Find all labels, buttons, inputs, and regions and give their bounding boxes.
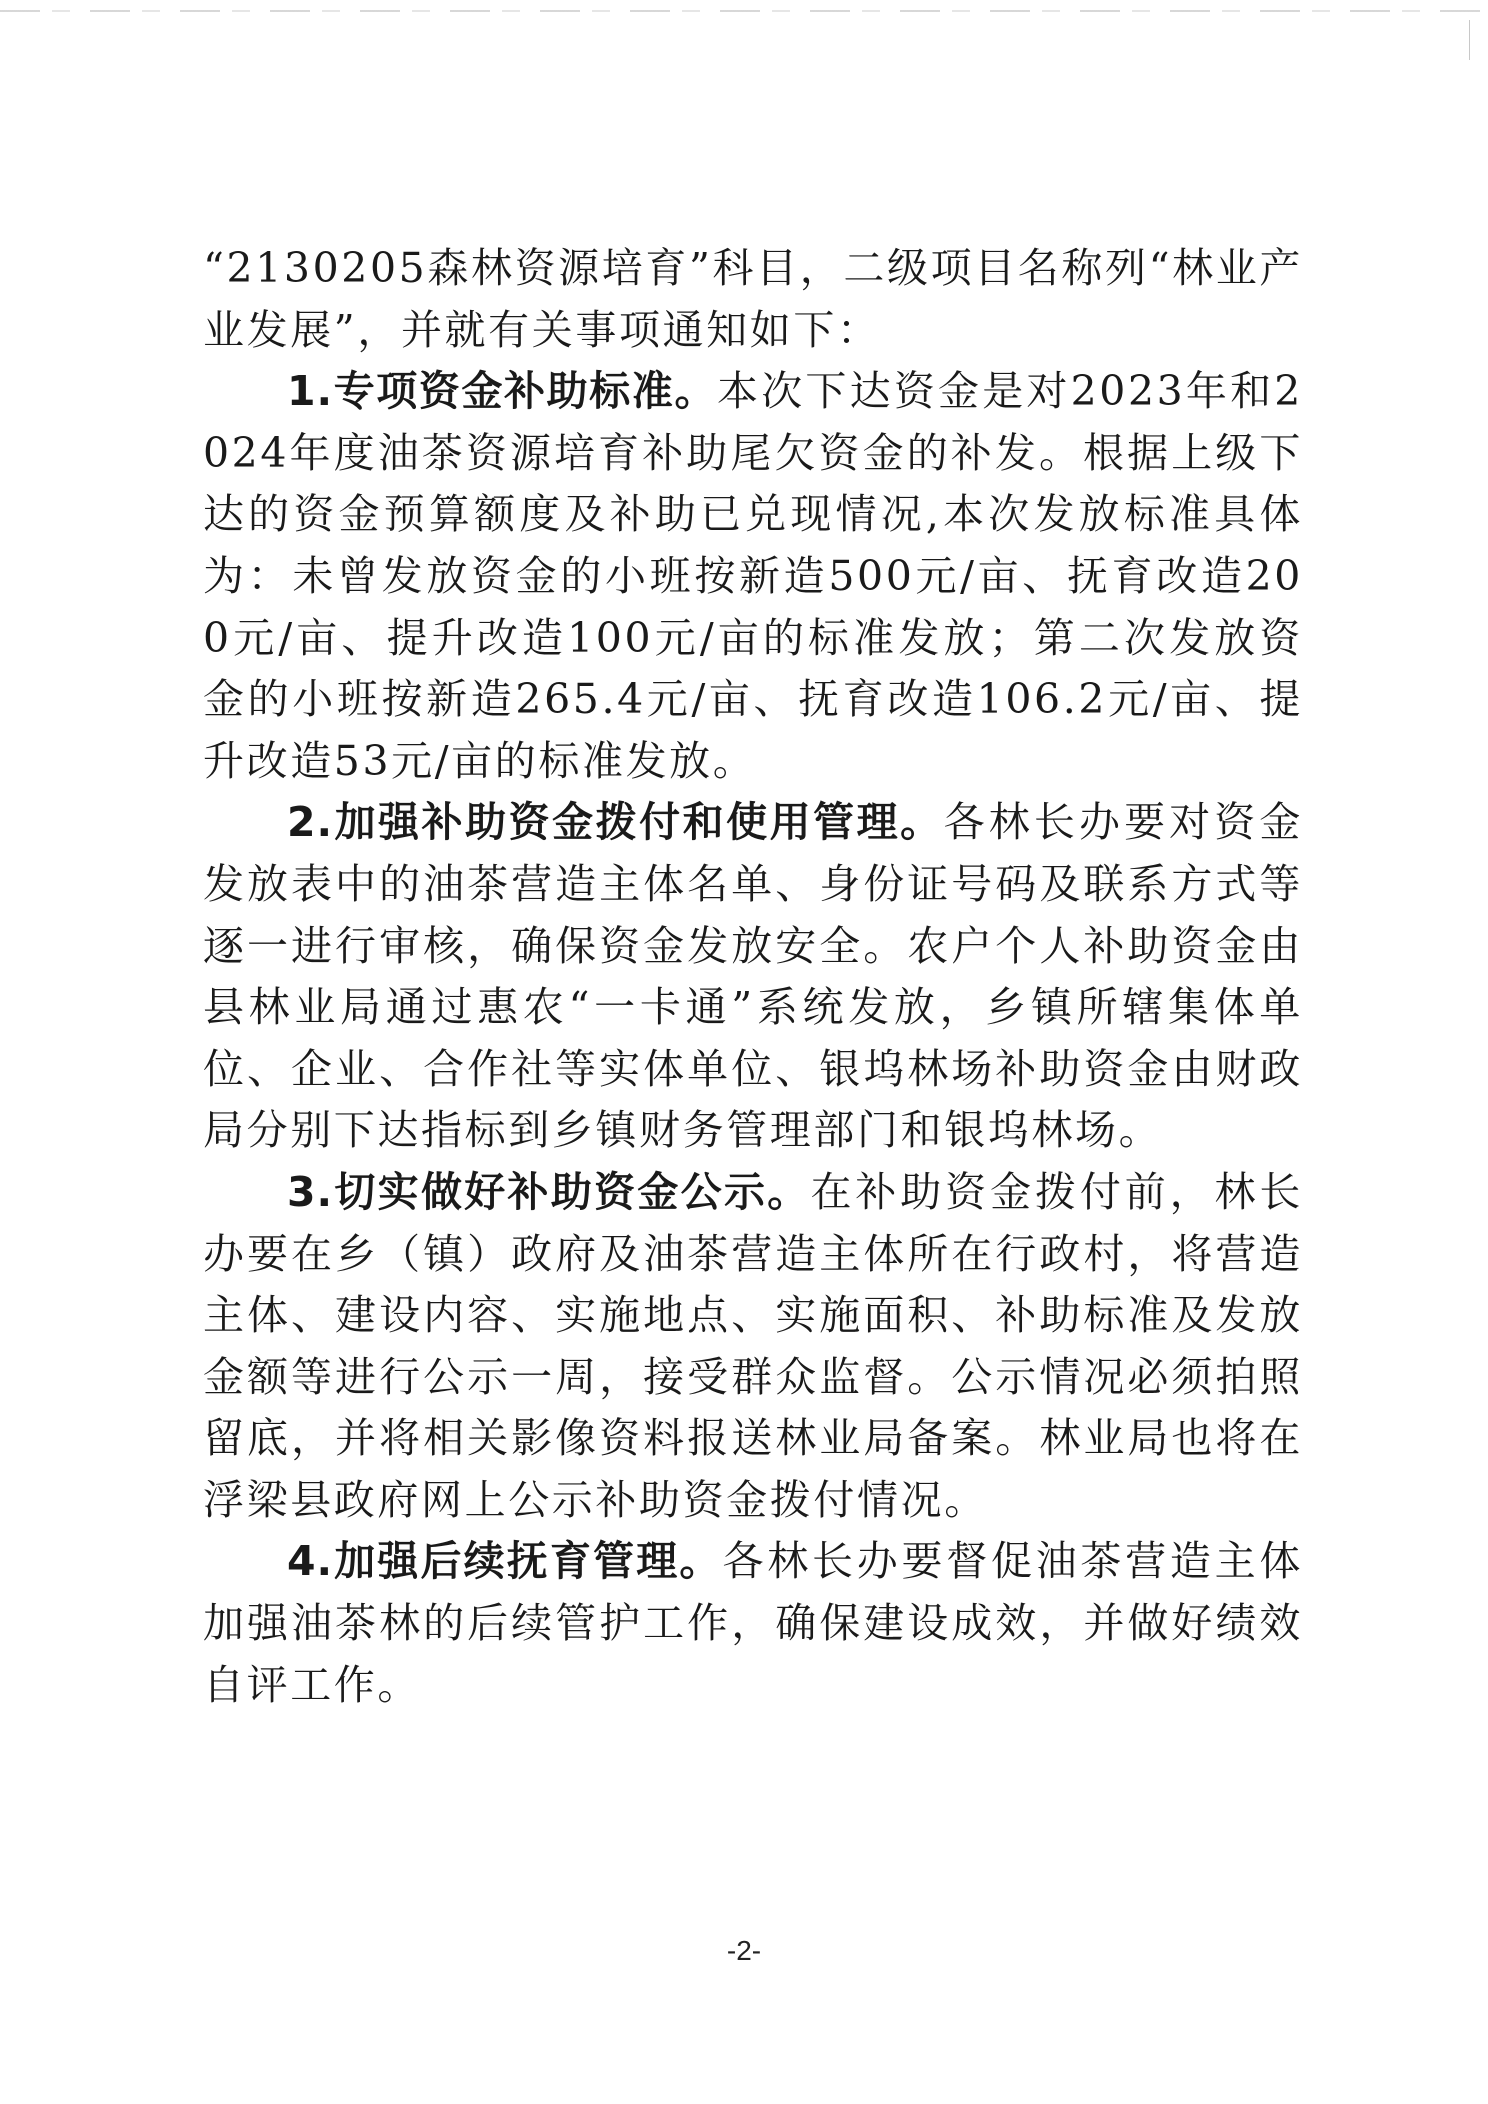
section-1-paragraph: 1.专项资金补助标准。本次下达资金是对2023年和2024年度油茶资源培育补助尾… [203, 361, 1303, 792]
section-4-heading: 4.加强后续抚育管理。 [287, 1537, 723, 1585]
scan-edge-artifact-right [1469, 20, 1470, 60]
section-1-body: 本次下达资金是对2023年和2024年度油茶资源培育补助尾欠资金的补发。根据上级… [203, 367, 1303, 785]
section-2-heading: 2.加强补助资金拨付和使用管理。 [287, 798, 944, 846]
section-4-paragraph: 4.加强后续抚育管理。各林长办要督促油茶营造主体加强油茶林的后续管护工作，确保建… [203, 1531, 1303, 1716]
section-3-heading: 3.切实做好补助资金公示。 [287, 1168, 811, 1216]
document-page-body: “2130205森林资源培育”科目，二级项目名称列“林业产业发展”，并就有关事项… [203, 238, 1303, 1716]
section-2-paragraph: 2.加强补助资金拨付和使用管理。各林长办要对资金发放表中的油茶营造主体名单、身份… [203, 792, 1303, 1162]
scan-edge-artifact [0, 10, 1488, 12]
section-3-body: 在补助资金拨付前，林长办要在乡（镇）政府及油茶营造主体所在行政村，将营造主体、建… [203, 1168, 1303, 1524]
intro-text: “2130205森林资源培育”科目，二级项目名称列“林业产业发展”，并就有关事项… [203, 244, 1303, 354]
page-number: -2- [0, 1935, 1488, 1967]
section-3-paragraph: 3.切实做好补助资金公示。在补助资金拨付前，林长办要在乡（镇）政府及油茶营造主体… [203, 1162, 1303, 1532]
intro-paragraph: “2130205森林资源培育”科目，二级项目名称列“林业产业发展”，并就有关事项… [203, 238, 1303, 361]
section-1-heading: 1.专项资金补助标准。 [287, 367, 717, 415]
section-2-body: 各林长办要对资金发放表中的油茶营造主体名单、身份证号码及联系方式等逐一进行审核，… [203, 798, 1303, 1154]
